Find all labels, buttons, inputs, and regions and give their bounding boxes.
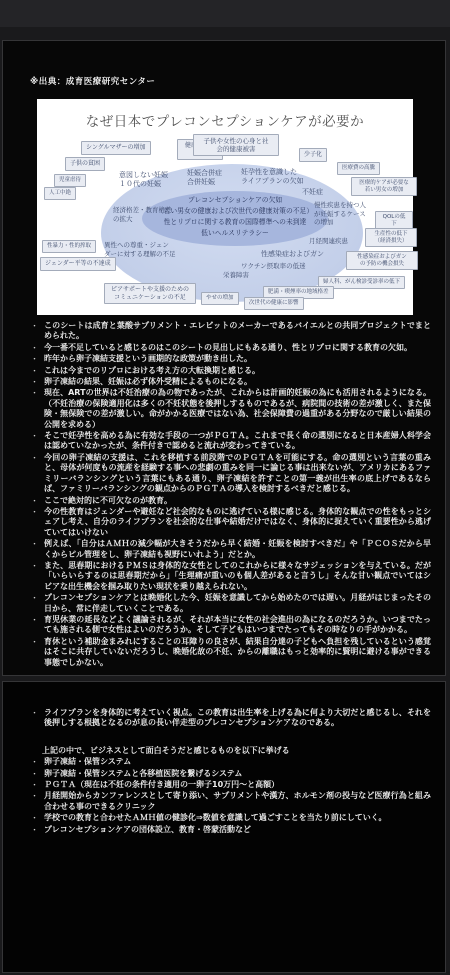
label-std-cancer: 性感染症およびガン xyxy=(261,250,324,259)
bullet-item: 卵子凍結・保管システムと各移植医院を繋げるシステム xyxy=(30,769,431,779)
label-next-generation: 次世代の健康に影響 xyxy=(244,297,304,310)
label-medical-care-youth: 医療的ケアが必要な 若い男女の増加 xyxy=(351,177,417,196)
bullet-item: 学校での教育と合わせたＡＭＨ値の健診化⇒数値を意識して過ごすことを当たり前にして… xyxy=(30,813,431,823)
label-vaccine-rate: ワクチン摂取率の低迷 xyxy=(241,262,306,271)
slide-page-2: ライフプランを身体的に考えていく視点。この教育は出生率を上げる為に何より大切だと… xyxy=(2,681,446,973)
notes-section-1: このシートは成育と葉酸サプリメント・エレビットのメーカーであるバイエルとの共同プ… xyxy=(30,321,431,669)
bullet-item: そこで妊孕性を高める為に有効な手段の一つがＰＧＴＡ。これまで長く命の選別になると… xyxy=(30,431,431,452)
slide-title: なぜ日本でプレコンセプションケアが必要か xyxy=(37,110,413,130)
bullet-item: 育休という補助金まみれにすることの耳障りの良さが、結果自分達の子どもへ負担を残し… xyxy=(30,637,431,668)
label-nutrition-disorder: 栄養障害 xyxy=(223,271,249,280)
bullet-item: 月経開始からカンファレンスとして寄り添い、サプリメントや漢方、ホルモン剤の投与な… xyxy=(30,791,431,812)
label-sexual-violence: 性暴力・性的搾取 xyxy=(42,240,96,253)
label-gender-equality: ジェンダー平等の不達成 xyxy=(40,257,116,271)
label-peer-support: ピアサポートや支援のための コミュニケーションの不足 xyxy=(104,283,196,304)
bullet-item: ＰＧＴＡ（現在は不妊の条件付き適用の一卵子10万円〜と高額） xyxy=(30,780,431,790)
label-child-abuse: 児童虐待 xyxy=(54,174,86,187)
bullet-item: 今回の卵子凍結の支援は、これを移植する前段階でのＰＧＴＡを可能にする。命の選別と… xyxy=(30,453,431,495)
notes-list-2-top: ライフプランを身体的に考えていく視点。この教育は出生率を上げる為に何より大切だと… xyxy=(30,708,431,729)
label-menstrual-disease: 月経関連疾患 xyxy=(309,237,348,246)
label-abortion: 人工中絶 xyxy=(44,187,76,200)
label-chronic-disease-pregnancy: 慢性疾患を持つ人 が妊娠するケース の増加 xyxy=(314,201,366,227)
label-economic-gap: 経済格差・教育格差 の拡大 xyxy=(113,206,172,223)
bullet-item: 卵子凍結・保管システム xyxy=(30,757,431,767)
label-infertility: 不妊症 xyxy=(302,188,323,197)
slide-page-1: ※出典：成育医療研究センター なぜ日本でプレコンセプションケアが必要か プレコン… xyxy=(2,40,446,676)
label-child-poverty: 子供の貧困 xyxy=(65,157,105,171)
notes-section-2: ライフプランを身体的に考えていく視点。この教育は出生率を上げる為に何より大切だと… xyxy=(30,708,431,836)
label-medical-costs: 医療費の高騰 xyxy=(337,162,380,175)
label-std-prevention-loss: 性感染症およびガン の予防の機会損失 xyxy=(346,251,418,270)
bullet-item: これは今までのリプロにおける考え方の大転換期と感じる。 xyxy=(30,366,431,376)
business-list: 卵子凍結・保管システム卵子凍結・保管システムと各移植医院を繋げるシステムＰＧＴＡ… xyxy=(30,757,431,835)
label-productivity-loss: 生産性の低下 （経済損失） xyxy=(365,228,417,247)
slide-canvas: なぜ日本でプレコンセプションケアが必要か プレコンセプションケアの欠如 （若い男… xyxy=(37,99,413,315)
window-top-band xyxy=(0,0,450,27)
bullet-item: プレコンセプションケアの団体設立、教育・啓蒙活動など xyxy=(30,825,431,835)
label-thinness-increase: やせの増加 xyxy=(201,292,239,305)
bullet-item: ライフプランを身体的に考えていく視点。この教育は出生率を上げる為に何より大切だと… xyxy=(30,708,431,729)
label-gender-understanding: 異性への尊重・ジェン ダーに対する理解の不足 xyxy=(104,241,176,258)
label-child-women-health: 子供や女性の心身と社 会的健康被害 xyxy=(193,134,279,156)
bullet-item: 今一番不足していると感じるのはこのシートの見出しにもある通り、性とリプロに関する… xyxy=(30,343,431,353)
bullet-item: プレコンセプションケアとは晩婚化した今、妊娠を意識してから始めたのでは遅い。月経… xyxy=(30,593,431,614)
bullet-item: 昨年から卵子凍結支援という画期的な政策が動き出した。 xyxy=(30,354,431,364)
bullet-item: 卵子凍結の結果、妊娠は必ず体外受精によるものになる。 xyxy=(30,377,431,387)
label-unintended-pregnancy: 意図しない妊娠 １０代の妊娠 xyxy=(119,171,168,189)
notes-list-1: このシートは成育と葉酸サプリメント・エレビットのメーカーであるバイエルとの共同プ… xyxy=(30,321,431,668)
bullet-item: ここで絶対的に不可欠なのが教育。 xyxy=(30,496,431,506)
label-lifeplan-lack: 妊孕性を意識した ライフプランの欠如 xyxy=(241,168,304,186)
label-single-mother: シングルマザーの増加 xyxy=(81,141,151,155)
label-pregnancy-complications: 妊娠合併症 合併妊娠 xyxy=(187,169,222,187)
bullet-item: 現在、ARTの世界は不妊治療の為の物であったが、これからは計画的妊娠の為にも活用… xyxy=(30,388,431,430)
label-declining-birthrate: 少子化 xyxy=(299,148,327,162)
bullet-item: このシートは成育と葉酸サプリメント・エレビットのメーカーであるバイエルとの共同プ… xyxy=(30,321,431,342)
business-intro: 上記の中で、ビジネスとして面白そうだと感じるものを以下に挙げる xyxy=(30,746,431,756)
bullet-item: また、思春期におけるＰＭＳは身体的な女性としてのこれからに様々なサジェッションを… xyxy=(30,561,431,592)
source-note: ※出典：成育医療研究センター xyxy=(30,75,155,87)
bullet-item: 育児休業の延長などよく議論されるが、それが本当に女性の社会進出の為になるのだろう… xyxy=(30,615,431,636)
bullet-item: 例えば、「自分はＡＭＨの減少幅が大きそうだから早く結婚・妊娠を検討すべきだ」や「… xyxy=(30,539,431,560)
bullet-item: 今の性教育はジェンダーや避妊など社会的なものに逃げている様に感じる。身体的な観点… xyxy=(30,507,431,538)
